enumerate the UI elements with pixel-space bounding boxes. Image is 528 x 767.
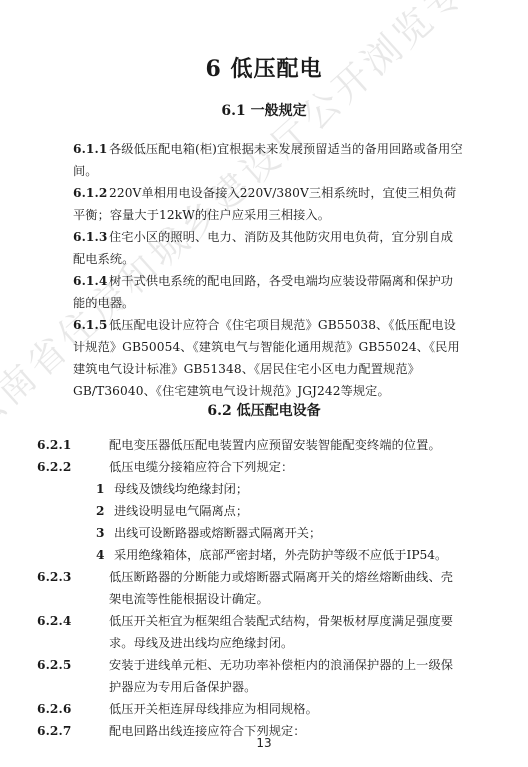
clause-text: 各级低压配电箱(柜)宜根据未来发展预留适当的备用回路或备用空间。 <box>73 142 463 178</box>
clause-number: 6.1.2 <box>73 182 109 204</box>
clause-text: 配电变压器低压配电装置内应预留安装智能配变终端的位置。 <box>109 438 441 452</box>
clause-text: 安装于进线单元柜、无功功率补偿柜内的浪涌保护器的上一级保护器应为专用后备保护器。 <box>109 658 453 694</box>
page-number: 13 <box>0 736 528 750</box>
clause-6-1-4: 6.1.4树干式供电系统的配电回路，各受电端均应装设带隔离和保护功能的电器。 <box>73 270 463 314</box>
clause-number: 6.2.6 <box>73 698 109 720</box>
clause-6-2-3: 6.2.3低压断路器的分断能力或熔断器式隔离开关的熔丝熔断曲线、壳架电流等性能根… <box>73 566 463 610</box>
document-page: 6 低压配电 6.1 一般规定 6.1.1各级低压配电箱(柜)宜根据未来发展预留… <box>0 0 528 767</box>
item-number: 2 <box>96 500 114 522</box>
list-item: 2进线设明显电气隔离点； <box>96 500 476 522</box>
section-title-6-2: 6.2 低压配电设备 <box>0 400 528 420</box>
clause-6-2-4: 6.2.4低压开关柜宜为框架组合装配式结构，骨架板材厚度满足强度要求。母线及进出… <box>73 610 463 654</box>
list-item: 3出线可设断路器或熔断器式隔离开关； <box>96 522 476 544</box>
clause-text: 低压开关柜连屏母线排应为相同规格。 <box>109 702 318 716</box>
clause-number: 6.1.3 <box>73 226 109 248</box>
clause-text: 低压电缆分接箱应符合下列规定： <box>109 460 293 474</box>
clause-number: 6.1.1 <box>73 138 109 160</box>
clause-6-1-2: 6.1.2220V单相用电设备接入220V/380V三相系统时，宜使三相负荷平衡… <box>73 182 463 226</box>
clause-text: 低压断路器的分断能力或熔断器式隔离开关的熔丝熔断曲线、壳架电流等性能根据设计确定… <box>109 570 453 606</box>
item-text: 采用绝缘箱体，底部严密封堵，外壳防护等级不应低于IP54。 <box>114 548 447 562</box>
clause-number: 6.1.5 <box>73 314 109 336</box>
list-item: 4采用绝缘箱体，底部严密封堵，外壳防护等级不应低于IP54。 <box>96 544 476 566</box>
clause-text: 住宅小区的照明、电力、消防及其他防灾用电负荷，宜分别自成配电系统。 <box>73 230 453 266</box>
item-number: 3 <box>96 522 114 544</box>
item-number: 4 <box>96 544 114 566</box>
clause-text: 低压开关柜宜为框架组合装配式结构，骨架板材厚度满足强度要求。母线及进出线均应绝缘… <box>109 614 453 650</box>
item-text: 母线及馈线均绝缘封闭； <box>114 482 248 496</box>
clause-6-1-5: 6.1.5低压配电设计应符合《住宅项目规范》GB55038、《低压配电设计规范》… <box>73 314 463 402</box>
clause-6-1-3: 6.1.3住宅小区的照明、电力、消防及其他防灾用电负荷，宜分别自成配电系统。 <box>73 226 463 270</box>
item-text: 出线可设断路器或熔断器式隔离开关； <box>114 526 321 540</box>
item-text: 进线设明显电气隔离点； <box>114 504 248 518</box>
clause-text: 低压配电设计应符合《住宅项目规范》GB55038、《低压配电设计规范》GB500… <box>73 318 460 398</box>
clause-number: 6.2.4 <box>73 610 109 632</box>
item-number: 1 <box>96 478 114 500</box>
clause-6-2-5: 6.2.5安装于进线单元柜、无功功率补偿柜内的浪涌保护器的上一级保护器应为专用后… <box>73 654 463 698</box>
clause-text: 树干式供电系统的配电回路，各受电端均应装设带隔离和保护功能的电器。 <box>73 274 453 310</box>
clause-number: 6.2.3 <box>73 566 109 588</box>
section-title-6-1: 6.1 一般规定 <box>0 100 528 120</box>
clause-6-1-1: 6.1.1各级低压配电箱(柜)宜根据未来发展预留适当的备用回路或备用空间。 <box>73 138 463 182</box>
chapter-title: 6 低压配电 <box>0 52 528 83</box>
clause-number: 6.2.5 <box>73 654 109 676</box>
clause-6-2-1: 6.2.1配电变压器低压配电装置内应预留安装智能配变终端的位置。 <box>73 434 463 456</box>
clause-number: 6.2.2 <box>73 456 109 478</box>
clause-text: 220V单相用电设备接入220V/380V三相系统时，宜使三相负荷平衡；容量大于… <box>73 186 456 222</box>
clause-number: 6.1.4 <box>73 270 109 292</box>
clause-number: 6.2.1 <box>73 434 109 456</box>
clause-6-2-2: 6.2.2低压电缆分接箱应符合下列规定： <box>73 456 463 478</box>
clause-6-2-6: 6.2.6低压开关柜连屏母线排应为相同规格。 <box>73 698 463 720</box>
list-item: 1母线及馈线均绝缘封闭； <box>96 478 476 500</box>
